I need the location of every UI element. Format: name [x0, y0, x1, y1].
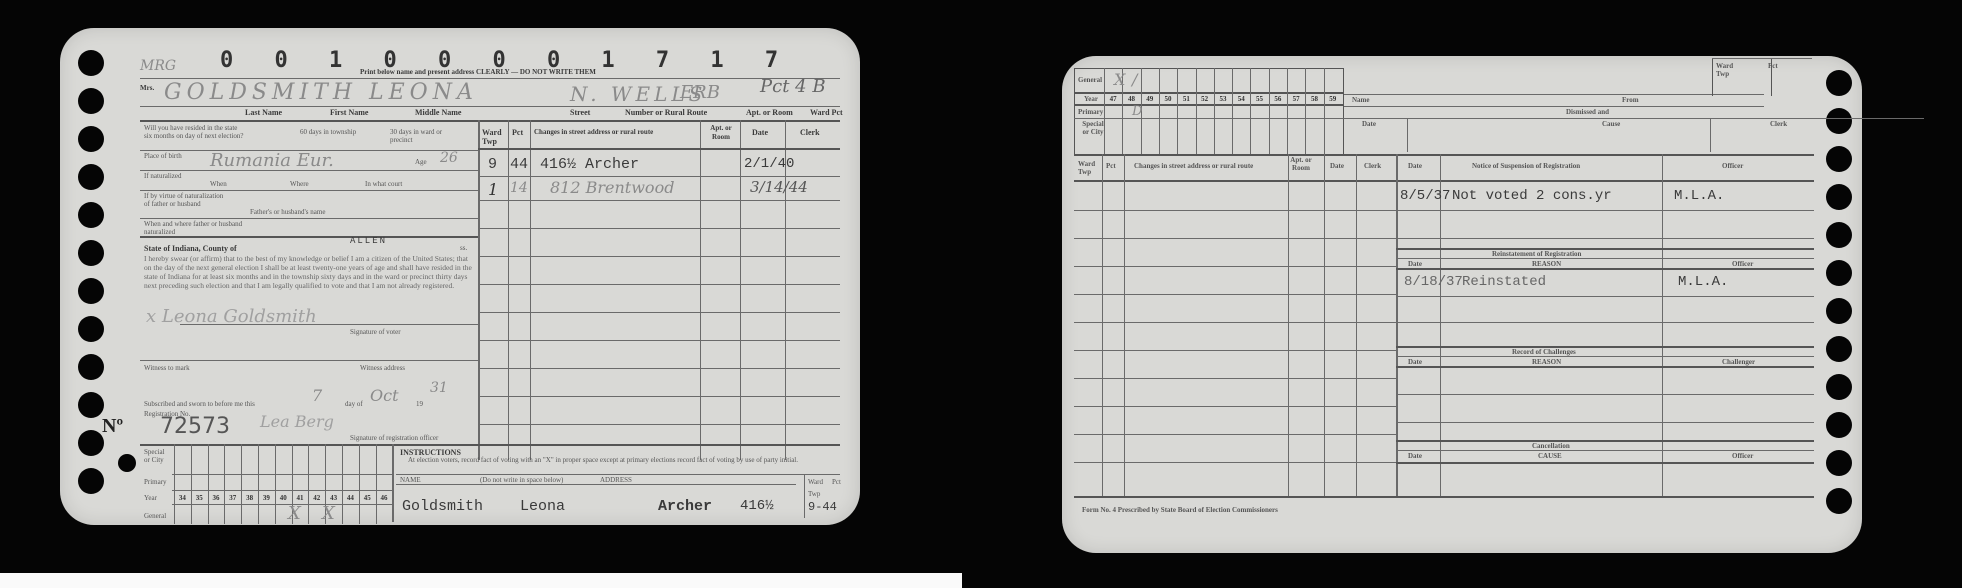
scan-edge-strip: [0, 573, 962, 588]
year-label: 48: [1122, 95, 1140, 103]
suspension-notice-header: Notice of Suspension of Registration: [1472, 162, 1580, 170]
grid-column: [1177, 68, 1178, 154]
punch-hole: [78, 202, 104, 228]
from-label: From: [1622, 96, 1639, 104]
row-general: General: [1078, 76, 1102, 84]
col-changes: Changes in street address or rural route: [534, 128, 653, 137]
suspension-notice: Not voted 2 cons.yr: [1452, 188, 1612, 204]
question-ward-precinct: 30 days in ward or precinct: [390, 128, 460, 144]
grid-column: [1196, 68, 1197, 154]
reinstatement-date: 8/18/37: [1404, 274, 1463, 290]
punch-hole: [1826, 412, 1852, 438]
instructions-text: At election voters, record fact of votin…: [408, 456, 828, 464]
col-clerk: Clerk: [800, 128, 820, 137]
punch-hole: [78, 278, 104, 304]
col-apt: Apt. or Room: [704, 124, 738, 142]
punch-hole: [1826, 336, 1852, 362]
year-label: 41: [292, 494, 309, 502]
punch-hole: [78, 50, 104, 76]
grid-column: [275, 444, 276, 524]
row1-date: 2/1/40: [744, 156, 794, 172]
label-middle-name: Middle Name: [415, 108, 461, 117]
col-pct: Pct: [1106, 162, 1116, 170]
year-label: 57: [1287, 95, 1305, 103]
row1-pct: 44: [510, 156, 528, 173]
grid-column: [224, 444, 225, 524]
challenges-title: Record of Challenges: [1512, 348, 1576, 356]
grid-column: [1269, 68, 1270, 154]
witness-address-label: Witness address: [360, 364, 405, 372]
col-pct: Pct: [512, 128, 523, 137]
year-label: 34: [174, 494, 191, 502]
suspension-date: 8/5/37: [1400, 188, 1450, 204]
grid-column: [1104, 68, 1105, 154]
form-footer: Form No. 4 Prescribed by State Board of …: [1082, 506, 1278, 514]
officer-signature: Lea Berg: [260, 412, 334, 431]
punch-hole: [78, 354, 104, 380]
suspension-officer: M.L.A.: [1674, 188, 1724, 204]
col-ward-twp: Ward Twp: [482, 128, 506, 146]
label-ward-pct: Ward Pct: [810, 108, 843, 117]
row-year: Year: [1084, 95, 1098, 103]
grid-column: [1305, 68, 1306, 154]
registration-card-back: General Year Primary Special or City 474…: [1062, 56, 1862, 553]
name-label: NAME: [400, 476, 421, 484]
officer-label: Signature of registration officer: [350, 434, 438, 442]
year-label: 35: [191, 494, 208, 502]
year-label: 51: [1177, 95, 1195, 103]
year-label: 37: [224, 494, 241, 502]
dismissed-label: Dismissed and: [1566, 108, 1609, 116]
year-label: 49: [1141, 95, 1159, 103]
grid-column: [1214, 68, 1215, 154]
col-ward-twp: Ward Twp: [1078, 160, 1098, 176]
vote-mark: X: [322, 503, 335, 524]
question-virtue: If by virtue of naturalization of father…: [144, 192, 224, 208]
cause-label: Cause: [1602, 120, 1620, 128]
question-naturalized: If naturalized: [144, 172, 184, 180]
row2-address: 812 Brentwood: [550, 178, 674, 197]
header-note: Print below name and present address CLE…: [360, 68, 596, 77]
footer-number: 416½: [740, 498, 774, 514]
oath-heading: State of Indiana, County of: [144, 244, 237, 253]
punch-hole: [1826, 70, 1852, 96]
label-first-name: First Name: [330, 108, 368, 117]
row-year: Year: [144, 494, 157, 502]
col-clerk: Clerk: [1364, 162, 1381, 170]
county-value: ALLEN: [350, 236, 387, 246]
corner-mark: MRG: [140, 58, 176, 74]
punch-hole: [1826, 298, 1852, 324]
punch-hole: [1826, 108, 1852, 134]
sworn-month: Oct: [370, 386, 399, 405]
grid-column: [1232, 68, 1233, 154]
ward-label: Ward: [808, 478, 823, 486]
oath-text: I hereby swear (or affirm) that to the b…: [144, 254, 474, 290]
punch-hole: [1826, 260, 1852, 286]
year-label: 43: [325, 494, 342, 502]
punch-hole: [1826, 488, 1852, 514]
year-label: 40: [275, 494, 292, 502]
grid-column: [342, 444, 343, 524]
signature-label: Signature of voter: [350, 328, 401, 336]
twp-label: Twp: [808, 490, 820, 498]
reinstatement-title: Reinstatement of Registration: [1492, 250, 1581, 258]
challenges-challenger-header: Challenger: [1722, 358, 1755, 366]
grid-column: [258, 444, 259, 524]
reinstatement-officer: M.L.A.: [1678, 274, 1728, 290]
year-label: 36: [208, 494, 225, 502]
witness-mark-label: Witness to mark: [144, 364, 190, 372]
reinstatement-reason: Reinstated: [1462, 274, 1546, 290]
date-label: Date: [1362, 120, 1376, 128]
punch-hole-small: [118, 454, 136, 472]
sworn-day: 7: [312, 386, 322, 405]
voter-street-extra: ERB: [680, 82, 720, 103]
row-special: Special or City: [144, 448, 172, 464]
registration-card-front: MRG 0 0 1 0 0 0 0 1 7 1 7 Print below na…: [60, 28, 860, 525]
challenges-date-header: Date: [1408, 358, 1422, 366]
label-street: Street: [570, 108, 590, 117]
punch-hole: [78, 392, 104, 418]
punch-hole: [1826, 450, 1852, 476]
row1-ward: 9: [488, 156, 497, 173]
label-apt: Apt. or Room: [746, 108, 793, 117]
row1-address: 416½ Archer: [540, 156, 639, 173]
punch-hole: [1826, 146, 1852, 172]
pct-label: Pct: [1768, 62, 1778, 70]
oath-ss: ss.: [460, 244, 467, 252]
year-label: 58: [1305, 95, 1323, 103]
grid-column: [241, 444, 242, 524]
grid-column: [1159, 68, 1160, 154]
label-last-name: Last Name: [245, 108, 282, 117]
year-label: 56: [1269, 95, 1287, 103]
year-label: 44: [342, 494, 359, 502]
label-court: In what court: [365, 180, 402, 188]
label-father-name: Father's or husband's name: [250, 208, 325, 216]
vote-mark: /: [1132, 70, 1137, 89]
age-value: 26: [440, 150, 458, 166]
ward-twp-label: Ward Twp: [1716, 62, 1736, 78]
label-number: Number or Rural Route: [625, 108, 707, 117]
punch-hole: [78, 316, 104, 342]
year-label: 50: [1159, 95, 1177, 103]
footer-last-name: Goldsmith: [402, 498, 483, 515]
title-label: Mrs.: [140, 84, 154, 93]
reg-no-prefix: Nº: [102, 416, 123, 436]
sworn-year: 31: [430, 380, 448, 396]
col-apt: Apt. or Room: [1290, 156, 1312, 172]
grid-column: [1250, 68, 1251, 154]
year-label: 54: [1232, 95, 1250, 103]
sworn-text: Subscribed and sworn to before me this: [144, 400, 255, 408]
year-label: 39: [258, 494, 275, 502]
row2-ward: 1: [488, 180, 498, 199]
year-label: 46: [376, 494, 393, 502]
label-where: Where: [290, 180, 309, 188]
registration-number: 72573: [160, 414, 230, 439]
label-when: When: [210, 180, 227, 188]
grid-column: [359, 444, 360, 524]
grid-column: [308, 444, 309, 524]
birthplace-value: Rumania Eur.: [210, 150, 334, 171]
year-label: 55: [1250, 95, 1268, 103]
punch-hole: [78, 126, 104, 152]
vote-mark: X: [1114, 70, 1125, 89]
year-label: 52: [1196, 95, 1214, 103]
grid-column: [1287, 68, 1288, 154]
punch-hole: [78, 468, 104, 494]
punch-hole: [78, 430, 104, 456]
year-label: 42: [308, 494, 325, 502]
name-label: Name: [1352, 96, 1370, 104]
col-changes: Changes in street address or rural route: [1134, 162, 1253, 170]
punch-hole: [78, 164, 104, 190]
day-of-label: day of: [345, 400, 363, 408]
question-resided: Will you have resided in the state six m…: [144, 124, 244, 140]
footer-first-name: Leona: [520, 498, 565, 515]
reinstatement-officer-header: Officer: [1732, 260, 1753, 268]
punch-hole: [78, 240, 104, 266]
cancellation-cause-header: CAUSE: [1538, 452, 1562, 460]
year-label: 38: [241, 494, 258, 502]
year-label: 45: [359, 494, 376, 502]
punch-hole: [1826, 184, 1852, 210]
year-label: 47: [1104, 95, 1122, 103]
reinstatement-reason-header: REASON: [1532, 260, 1561, 268]
suspension-date-header: Date: [1408, 162, 1422, 170]
cancellation-date-header: Date: [1408, 452, 1422, 460]
row-special: Special or City: [1080, 120, 1106, 136]
vote-mark: X: [288, 503, 301, 524]
col-date: Date: [752, 128, 768, 137]
address-label: ADDRESS: [600, 476, 632, 484]
punch-hole: [78, 88, 104, 114]
grid-column: [191, 444, 192, 524]
punch-hole: [1826, 374, 1852, 400]
grid-column: [376, 444, 377, 524]
challenges-reason-header: REASON: [1532, 358, 1561, 366]
question-birthplace: Place of birth: [144, 152, 184, 160]
age-label: Age: [415, 158, 427, 166]
suspension-officer-header: Officer: [1722, 162, 1743, 170]
footer-ward-pct: 9-44: [808, 500, 837, 514]
cancellation-officer-header: Officer: [1732, 452, 1753, 460]
col-date: Date: [1330, 162, 1344, 170]
row-general: General: [144, 512, 166, 520]
voter-name: GOLDSMITH LEONA: [164, 80, 478, 105]
pct-label: Pct: [832, 478, 841, 486]
row2-date: 3/14/44: [750, 178, 808, 196]
row2-pct: 14: [510, 180, 528, 196]
no-write-label: (Do not write in space below): [480, 476, 563, 484]
question-father-naturalized: When and where father or husband natural…: [144, 220, 244, 236]
question-township: 60 days in township: [300, 128, 360, 136]
footer-street: Archer: [658, 498, 712, 515]
year-label: 59: [1324, 95, 1342, 103]
row-primary: Primary: [144, 478, 167, 486]
reinstatement-date-header: Date: [1408, 260, 1422, 268]
clerk-label: Clerk: [1770, 120, 1787, 128]
row-primary: Primary: [1078, 108, 1103, 116]
vote-mark: D: [1132, 104, 1142, 119]
grid-column: [1324, 68, 1325, 154]
ward-handwritten: Pct 4 B: [760, 76, 826, 97]
year-label: 53: [1214, 95, 1232, 103]
grid-column: [208, 444, 209, 524]
punch-hole: [1826, 222, 1852, 248]
cancellation-title: Cancellation: [1532, 442, 1570, 450]
year-prefix: 19: [416, 400, 423, 408]
grid-column: [174, 444, 175, 524]
